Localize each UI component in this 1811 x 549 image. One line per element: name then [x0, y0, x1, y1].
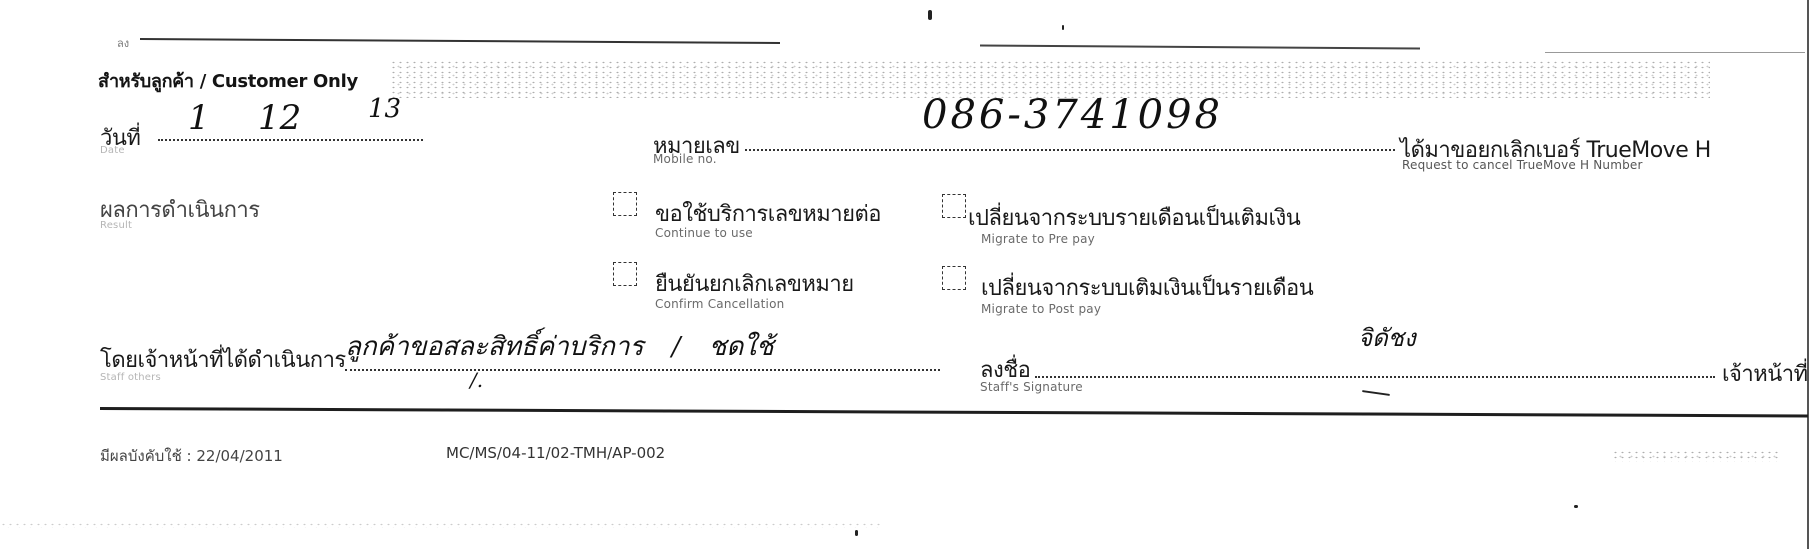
- date-day: 1: [188, 98, 210, 138]
- date-year: 13: [368, 94, 401, 124]
- checkbox-migrate-to-postpay[interactable]: [942, 266, 966, 290]
- signature-suffix: เจ้าหน้าที่: [1722, 356, 1808, 391]
- signature-handwritten: จิดัชง: [1358, 318, 1416, 357]
- signature-label-en: Staff's Signature: [980, 380, 1083, 394]
- staff-action-field[interactable]: [345, 369, 940, 371]
- signature-field[interactable]: [1035, 376, 1715, 378]
- top-mark: ลง: [117, 34, 129, 52]
- bottom-rule: [100, 407, 1808, 417]
- section-title: สำหรับลูกค้า / Customer Only: [98, 66, 358, 95]
- mobile-number: 086-3741098: [922, 92, 1223, 138]
- top-rule-left: [140, 38, 780, 44]
- scan-speck: [855, 530, 858, 536]
- scan-speck: [1574, 505, 1578, 508]
- option-confirm-cancellation: ยืนยันยกเลิกเลขหมาย: [655, 266, 854, 301]
- staff-action-note: ลูกค้าขอสละสิทธิ์ค่าบริการ / ชดใช้: [345, 326, 774, 367]
- option-migrate-to-prepay: เปลี่ยนจากระบบรายเดือนเป็นเติมเงิน: [968, 200, 1300, 235]
- effective-date: มีผลบังคับใช้ : 22/04/2011: [100, 444, 283, 468]
- date-month: 12: [258, 98, 301, 138]
- staff-action-label-en: Staff others: [100, 372, 161, 383]
- mobile-field[interactable]: [745, 149, 1395, 151]
- signature-stroke: [1362, 390, 1390, 396]
- option-migrate-to-prepay-en: Migrate to Pre pay: [981, 232, 1095, 246]
- scan-noise-bottom: [0, 522, 880, 528]
- option-confirm-cancellation-en: Confirm Cancellation: [655, 297, 784, 311]
- scan-noise-footer: [1612, 450, 1782, 462]
- mobile-suffix-en: Request to cancel TrueMove H Number: [1402, 158, 1643, 172]
- checkbox-migrate-to-prepay[interactable]: [942, 194, 966, 218]
- date-field[interactable]: [158, 139, 423, 141]
- mobile-label-en: Mobile no.: [653, 152, 717, 166]
- scan-speck: [928, 10, 932, 20]
- option-migrate-to-postpay-en: Migrate to Post pay: [981, 302, 1101, 316]
- staff-action-mark: /.: [470, 368, 483, 392]
- top-rule-right: [980, 44, 1420, 49]
- result-label-en: Result: [100, 220, 132, 231]
- date-label-en: Date: [100, 145, 125, 156]
- scan-edge: [1807, 0, 1809, 549]
- checkbox-continue-to-use[interactable]: [613, 192, 637, 216]
- checkbox-confirm-cancellation[interactable]: [613, 262, 637, 286]
- option-continue-to-use-en: Continue to use: [655, 226, 753, 240]
- scan-speck: [1062, 25, 1064, 30]
- option-migrate-to-postpay: เปลี่ยนจากระบบเติมเงินเป็นรายเดือน: [981, 270, 1313, 305]
- form-code: MC/MS/04-11/02-TMH/AP-002: [446, 444, 665, 462]
- top-rule-far: [1545, 52, 1805, 53]
